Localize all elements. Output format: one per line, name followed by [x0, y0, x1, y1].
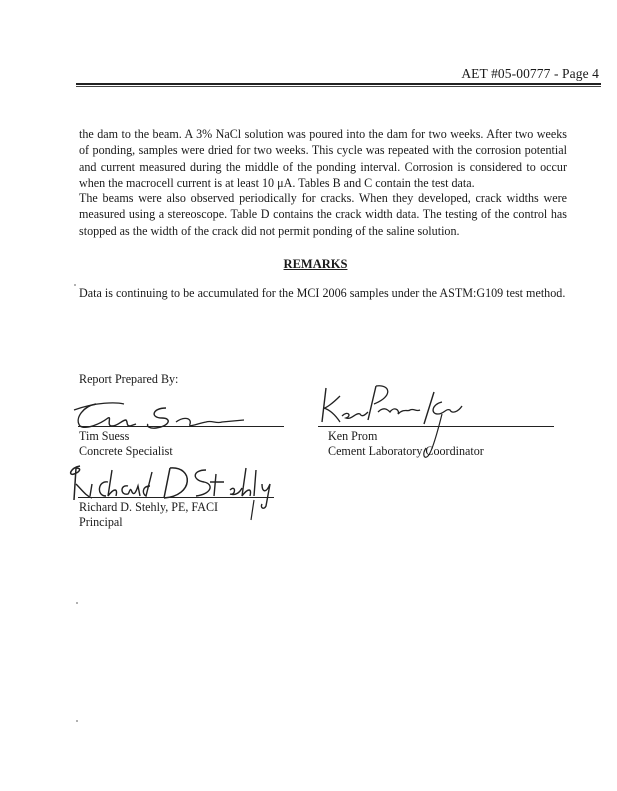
- signature-line-ken-prom: [318, 426, 554, 427]
- body-paragraph-ponding: the dam to the beam. A 3% NaCl solution …: [79, 126, 567, 192]
- header-rule: [76, 83, 601, 87]
- remarks-heading: REMARKS: [0, 257, 617, 272]
- report-header-id: AET #05-00777 - Page 4: [461, 66, 599, 82]
- signer-name: Ken Prom: [328, 429, 484, 444]
- signer-title: Cement Laboratory Coordinator: [328, 444, 484, 459]
- signer-name: Richard D. Stehly, PE, FACI: [79, 500, 218, 515]
- body-paragraph-cracks: The beams were also observed periodicall…: [79, 190, 567, 239]
- signer-tim-suess: Tim Suess Concrete Specialist: [79, 429, 173, 459]
- signature-line-tim-suess: [78, 426, 284, 427]
- signer-title: Principal: [79, 515, 218, 530]
- prepared-by-label: Report Prepared By:: [79, 372, 178, 387]
- scan-speck: [76, 602, 78, 604]
- signer-title: Concrete Specialist: [79, 444, 173, 459]
- signer-ken-prom: Ken Prom Cement Laboratory Coordinator: [328, 429, 484, 459]
- signature-mark: [248, 500, 258, 522]
- scan-speck: [76, 720, 78, 722]
- scan-speck: [74, 284, 76, 286]
- signer-name: Tim Suess: [79, 429, 173, 444]
- document-page: AET #05-00777 - Page 4 the dam to the be…: [0, 0, 617, 791]
- signature-line-richard-stehly: [78, 497, 274, 498]
- signer-richard-stehly: Richard D. Stehly, PE, FACI Principal: [79, 500, 218, 530]
- remarks-paragraph: Data is continuing to be accumulated for…: [79, 285, 567, 301]
